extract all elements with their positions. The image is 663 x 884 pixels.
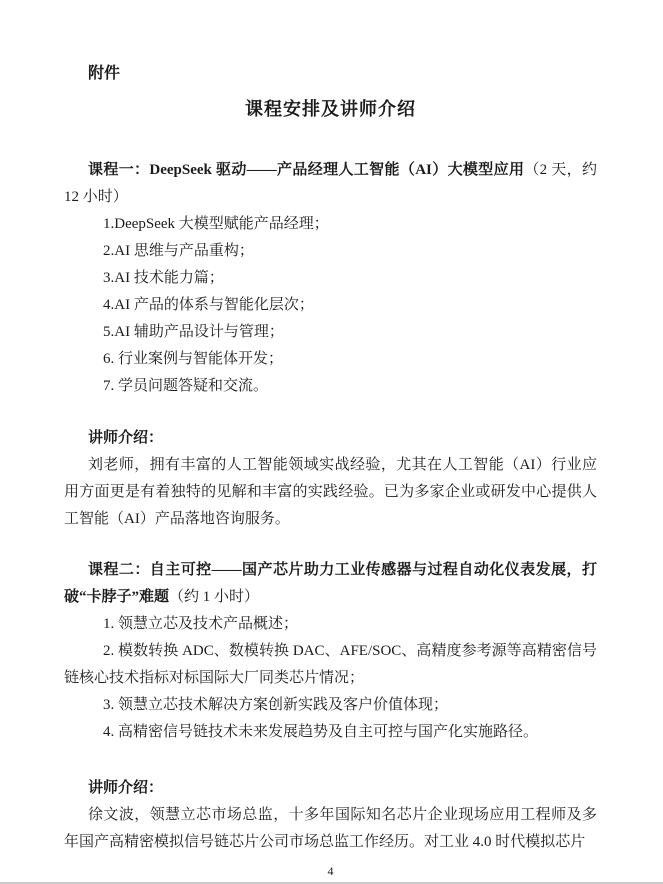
document-page: 附件 课程安排及讲师介绍 课程一：DeepSeek 驱动——产品经理人工智能（A…	[0, 0, 663, 884]
course1-item-6: 6. 行业案例与智能体开发；	[64, 346, 597, 373]
course2-item-3: 3. 领慧立芯技术解决方案创新实践及客户价值体现；	[64, 692, 597, 719]
course2-instructor-bio: 徐文波，领慧立芯市场总监，十多年国际知名芯片企业现场应用工程师及多年国产高精密模…	[64, 802, 597, 856]
page-number: 4	[64, 864, 597, 878]
attachment-label: 附件	[64, 63, 597, 85]
course1-heading: 课程一：DeepSeek 驱动——产品经理人工智能（AI）大模型应用（2 天，约…	[64, 157, 597, 211]
course2-item-2: 2. 模数转换 ADC、数模转换 DAC、AFE/SOC、高精度参考源等高精密信…	[64, 638, 597, 692]
course2-heading-title: 课程二：自主可控——国产芯片助力工业传感器与过程自动化仪表发展，打破“卡脖子”难…	[64, 562, 597, 605]
course2-item-1: 1. 领慧立芯及技术产品概述；	[64, 611, 597, 638]
course1-item-7: 7. 学员问题答疑和交流。	[64, 373, 597, 400]
course1-item-1: 1.DeepSeek 大模型赋能产品经理；	[64, 211, 597, 238]
course2-heading: 课程二：自主可控——国产芯片助力工业传感器与过程自动化仪表发展，打破“卡脖子”难…	[64, 557, 597, 611]
course2-heading-duration: （约 1 小时）	[169, 589, 259, 605]
course1-item-3: 3.AI 技术能力篇；	[64, 265, 597, 292]
course1-item-5: 5.AI 辅助产品设计与管理；	[64, 319, 597, 346]
course1-instructor-bio: 刘老师，拥有丰富的人工智能领域实战经验，尤其在人工智能（AI）行业应用方面更是有…	[64, 452, 597, 533]
course2-item-4: 4. 高精密信号链技术未来发展趋势及自主可控与国产化实施路径。	[64, 719, 597, 746]
page-title: 课程安排及讲师介绍	[64, 97, 597, 121]
course1-item-4: 4.AI 产品的体系与智能化层次；	[64, 292, 597, 319]
course1-instructor-label: 讲师介绍：	[64, 425, 597, 452]
course2-instructor-label: 讲师介绍：	[64, 775, 597, 802]
document-content: 附件 课程安排及讲师介绍 课程一：DeepSeek 驱动——产品经理人工智能（A…	[0, 63, 663, 878]
course1-heading-title: 课程一：DeepSeek 驱动——产品经理人工智能（AI）大模型应用	[88, 162, 524, 178]
course1-item-2: 2.AI 思维与产品重构；	[64, 238, 597, 265]
